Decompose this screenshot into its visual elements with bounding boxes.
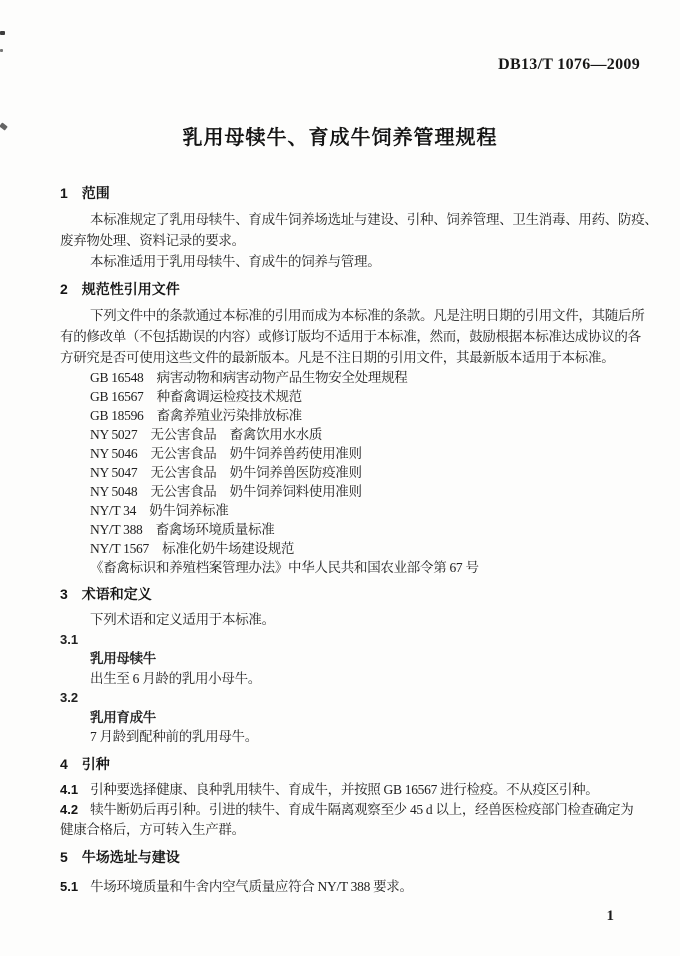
section-5-number: 5 [60,849,68,865]
clause-text: 犊牛断奶后再引种。引进的犊牛、育成牛隔离观察至少 45 d 以上，经兽医检疫部门… [90,802,633,817]
section-3-number: 3 [60,586,68,602]
term-name: 乳用母犊牛 [60,649,648,669]
section-5-title: 牛场选址与建设 [82,849,180,865]
section-1-number: 1 [60,185,68,201]
section-4-heading: 4引种 [60,754,648,775]
clause-continuation: 健康合格后，方可转入生产群。 [60,820,648,840]
section-3-heading: 3术语和定义 [60,584,648,605]
section-4-number: 4 [60,756,68,772]
standard-code: DB13/T 1076—2009 [498,56,640,74]
reference-item: NY 5027 无公害食品 畜禽饮用水水质 [60,425,648,444]
page-number: 1 [607,908,615,925]
reference-item: NY 5048 无公害食品 奶牛饲养饲料使用准则 [60,482,648,501]
reference-item: NY/T 1567 标准化奶牛场建设规范 [60,539,648,558]
normative-references-list: GB 16548 病害动物和病害动物产品生物安全处理规程 GB 16567 种畜… [60,368,648,577]
scan-artifact [0,49,3,52]
terms-and-definitions: 下列术语和定义适用于本标准。 3.1 乳用母犊牛 出生至 6 月龄的乳用小母牛。… [60,610,648,747]
reference-item: GB 16567 种畜禽调运检疫技术规范 [60,387,648,406]
reference-item: GB 16548 病害动物和病害动物产品生物安全处理规程 [60,368,648,387]
clause: 4.2犊牛断奶后再引种。引进的犊牛、育成牛隔离观察至少 45 d 以上，经兽医检… [60,800,648,820]
section-1-heading: 1范围 [60,183,648,204]
reference-item: GB 18596 畜禽养殖业污染排放标准 [60,406,648,425]
term-name: 乳用育成牛 [60,708,648,728]
section-1-paragraph-line: 本标准适用于乳用母犊牛、育成牛的饲养与管理。 [60,251,648,272]
clause-text: 牛场环境质量和牛舍内空气质量应符合 NY/T 388 要求。 [90,879,413,894]
clause-number: 4.2 [60,802,78,817]
term-definition: 7 月龄到配种前的乳用母牛。 [60,727,648,747]
reference-item: NY/T 388 畜禽场环境质量标准 [60,520,648,539]
reference-item: NY 5046 无公害食品 奶牛饲养兽药使用准则 [60,444,648,463]
section-2-paragraph-line: 有的修改单（不包括勘误的内容）或修订版均不适用于本标准，然而，鼓励根据本标准达成… [60,326,648,347]
clause-number: 4.1 [60,782,78,797]
reference-item: NY/T 34 奶牛饲养标准 [60,501,648,520]
scan-artifact [0,31,5,35]
term-clause-number: 3.1 [60,630,648,650]
clause: 4.1引种要选择健康、良种乳用犊牛、育成牛，并按照 GB 16567 进行检疫。… [60,780,648,800]
section-4-clauses: 4.1引种要选择健康、良种乳用犊牛、育成牛，并按照 GB 16567 进行检疫。… [60,780,648,840]
clause-number: 5.1 [60,879,78,894]
section-2-title: 规范性引用文件 [82,281,180,297]
term-definition: 出生至 6 月龄的乳用小母牛。 [60,669,648,689]
section-5-clauses: 5.1牛场环境质量和牛舍内空气质量应符合 NY/T 388 要求。 [60,877,648,897]
section-1-paragraph-line: 本标准规定了乳用母犊牛、育成牛饲养场选址与建设、引种、饲养管理、卫生消毒、用药、… [60,209,648,230]
section-2-paragraph-line: 下列文件中的条款通过本标准的引用而成为本标准的条款。凡是注明日期的引用文件，其随… [60,305,648,326]
term-clause-number: 3.2 [60,688,648,708]
clause: 5.1牛场环境质量和牛舍内空气质量应符合 NY/T 388 要求。 [60,877,648,897]
section-5-heading: 5牛场选址与建设 [60,847,648,868]
document-title: 乳用母犊牛、育成牛饲养管理规程 [0,121,680,150]
document-body: 1范围 本标准规定了乳用母犊牛、育成牛饲养场选址与建设、引种、饲养管理、卫生消毒… [60,183,648,897]
section-1-paragraph-line: 废弃物处理、资料记录的要求。 [60,230,648,251]
reference-item: 《畜禽标识和养殖档案管理办法》中华人民共和国农业部令第 67 号 [60,558,648,577]
reference-item: NY 5047 无公害食品 奶牛饲养兽医防疫准则 [60,463,648,482]
section-2-heading: 2规范性引用文件 [60,279,648,300]
section-3-title: 术语和定义 [82,586,152,602]
section-1-title: 范围 [82,185,110,201]
section-2-paragraph-line: 方研究是否可使用这些文件的最新版本。凡是不注日期的引用文件，其最新版本适用于本标… [60,347,648,368]
scanned-document-page: DB13/T 1076—2009 乳用母犊牛、育成牛饲养管理规程 1范围 本标准… [0,0,680,956]
clause-text: 引种要选择健康、良种乳用犊牛、育成牛，并按照 GB 16567 进行检疫。不从疫… [90,782,598,797]
section-4-title: 引种 [82,756,110,772]
terms-intro: 下列术语和定义适用于本标准。 [60,610,648,630]
section-2-number: 2 [60,281,68,297]
